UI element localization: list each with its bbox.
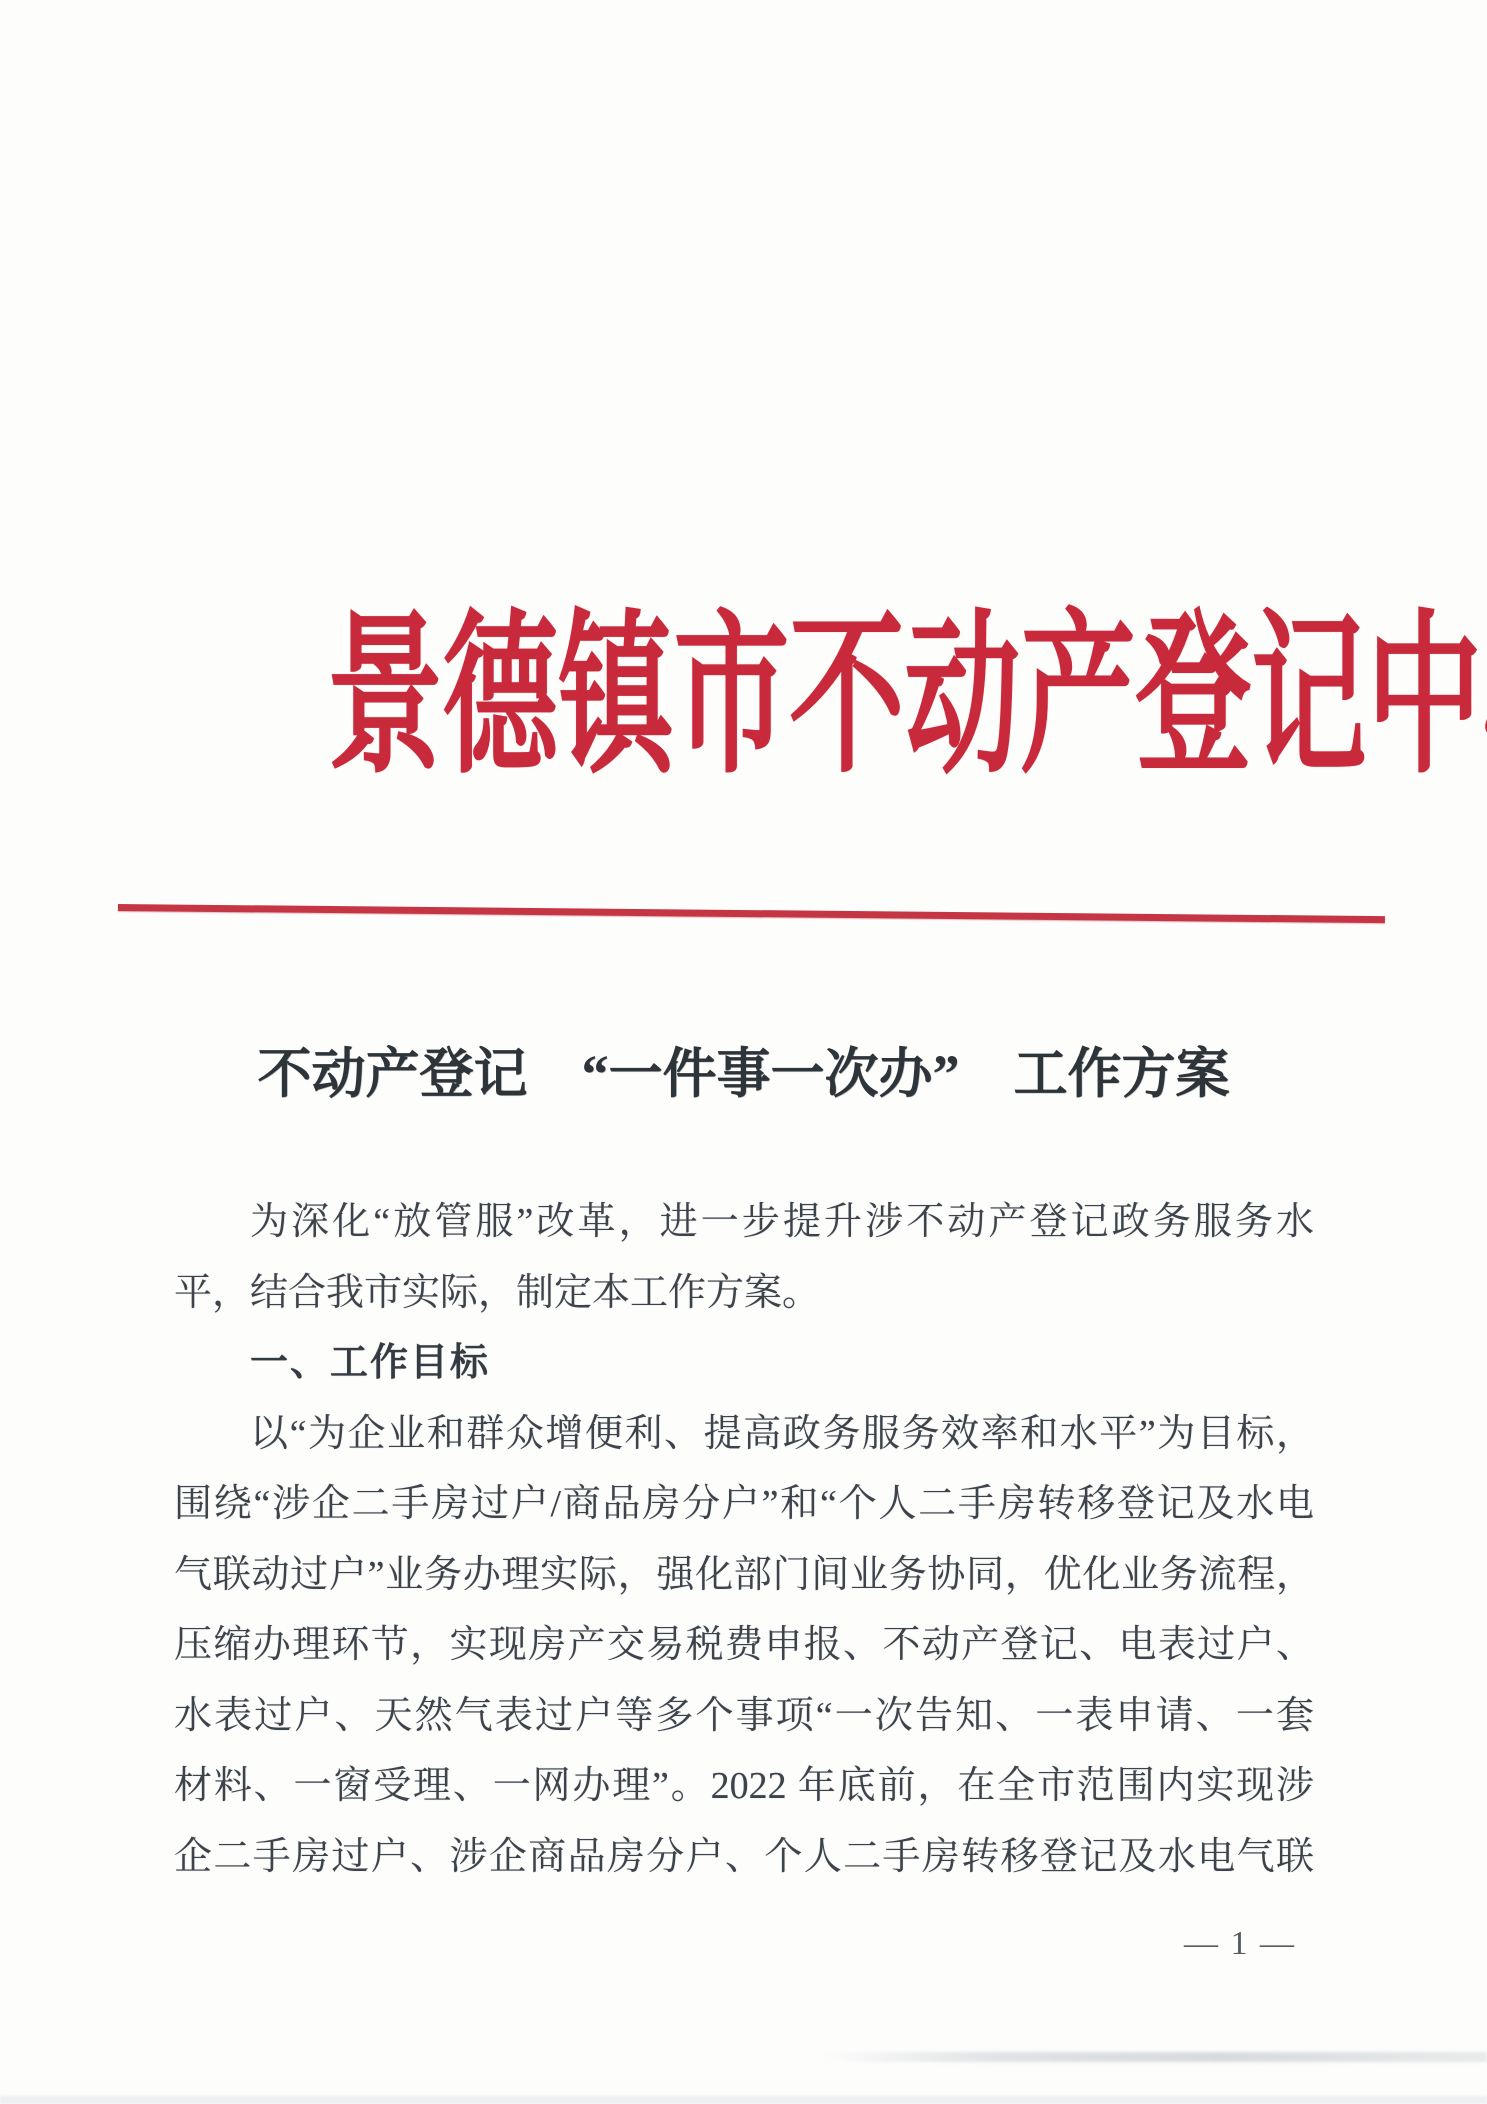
body-line: 平，结合我市实际，制定本工作方案。 (174, 1258, 1314, 1329)
body-line: 水表过户、天然气表过户等多个事项“一次告知、一表申请、一套 (174, 1681, 1314, 1752)
document-title: 不动产登记 “一件事一次办” 工作方案 (0, 1038, 1487, 1110)
letterhead-org-name: 景德镇市不动产登记中心 (327, 597, 1487, 797)
scan-artifact (822, 2052, 1487, 2062)
body-line: 以“为企业和群众增便利、提高政务服务效率和水平”为目标， (174, 1399, 1314, 1470)
body-line: 围绕“涉企二手房过户/商品房分户”和“个人二手房转移登记及水电 (174, 1469, 1314, 1540)
document-body: 为深化“放管服”改革，进一步提升涉不动产登记政务服务水 平，结合我市实际，制定本… (174, 1187, 1314, 1892)
body-line: 压缩办理环节，实现房产交易税费申报、不动产登记、电表过户、 (174, 1610, 1314, 1681)
body-line: 为深化“放管服”改革，进一步提升涉不动产登记政务服务水 (174, 1187, 1314, 1258)
section-heading: 一、工作目标 (174, 1328, 1314, 1399)
scan-artifact (0, 2096, 1487, 2104)
body-line: 材料、一窗受理、一网办理”。2022 年底前，在全市范围内实现涉 (174, 1751, 1314, 1822)
body-line: 气联动过户”业务办理实际，强化部门间业务协同，优化业务流程， (174, 1540, 1314, 1611)
letterhead: 景德镇市不动产登记中心 (0, 597, 1487, 797)
document-page: 景德镇市不动产登记中心 不动产登记 “一件事一次办” 工作方案 为深化“放管服”… (0, 0, 1487, 2104)
page-number: — 1 — (1155, 1922, 1325, 1966)
letterhead-divider-rule (118, 904, 1385, 923)
body-line: 企二手房过户、涉企商品房分户、个人二手房转移登记及水电气联 (174, 1822, 1314, 1893)
